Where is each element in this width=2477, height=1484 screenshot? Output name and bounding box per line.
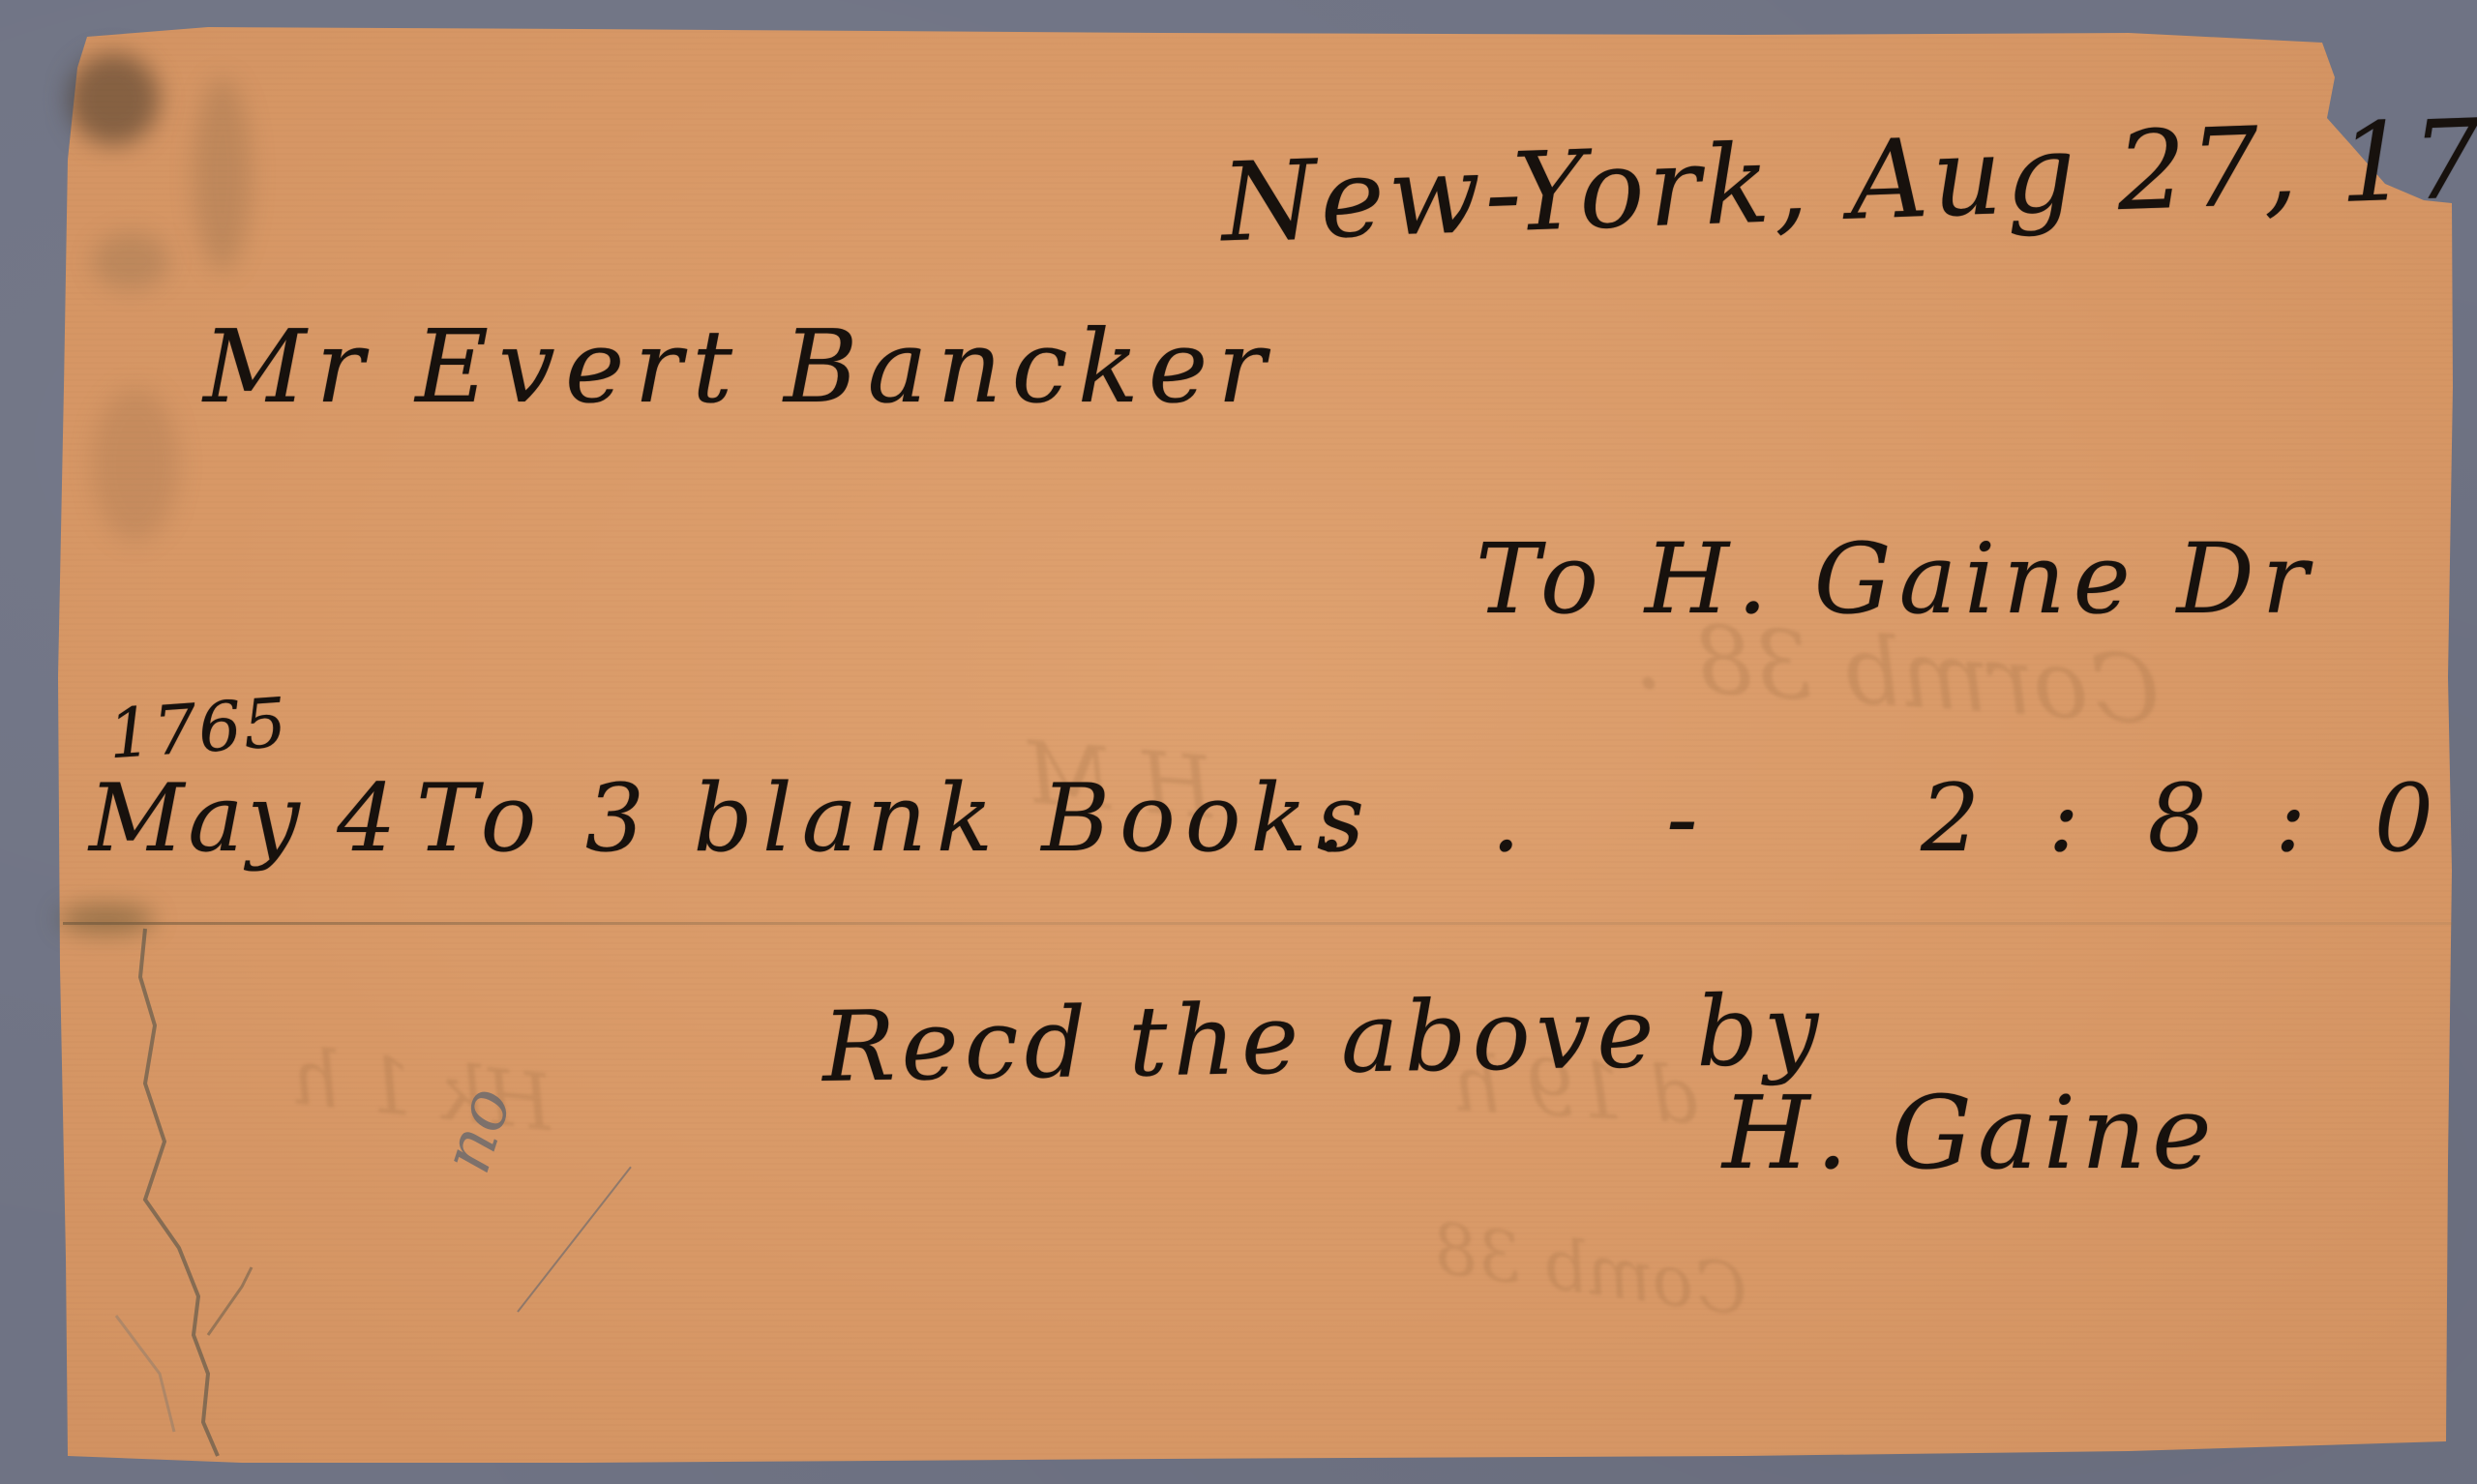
fold-stain <box>58 905 155 934</box>
entry-amount: 2 : 8 : 0 <box>1921 764 2453 873</box>
fold-crease <box>63 922 2453 925</box>
creditor-line: To H. Gaine Dr <box>1476 522 2316 636</box>
water-stain <box>92 387 179 542</box>
entry-date: May 4 <box>89 764 400 873</box>
signature: H. Gaine <box>1722 1074 2218 1192</box>
ink-stain <box>68 53 160 145</box>
ledger-year: 1765 <box>105 683 290 775</box>
entry-description: To 3 blank Books <box>416 764 1374 873</box>
entry-leaders: . . - <box>1316 764 1756 873</box>
addressee: Mr Evert Bancker <box>203 308 1275 426</box>
water-stain <box>194 77 252 271</box>
water-stain <box>92 232 169 290</box>
receipt-acknowledgement: Recd the above by <box>821 973 1826 1104</box>
